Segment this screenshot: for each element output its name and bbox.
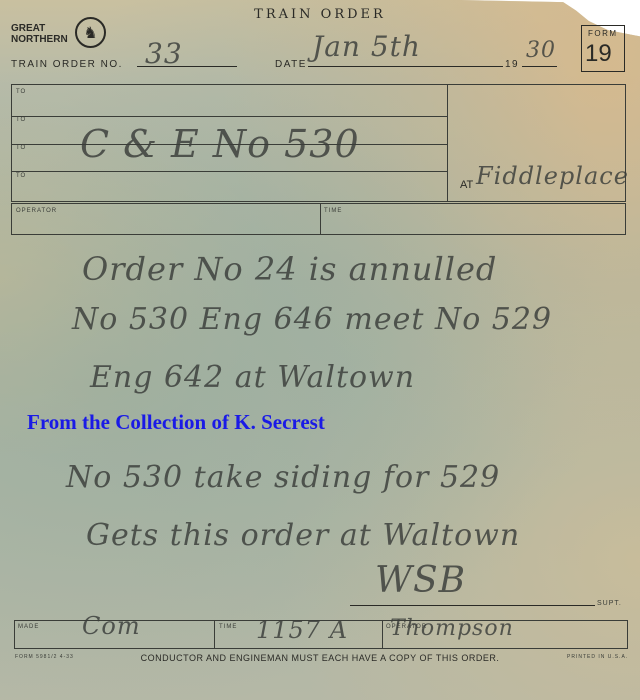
form-label: FORM bbox=[588, 29, 618, 38]
addressee-divider bbox=[447, 85, 448, 201]
time-label: TIME bbox=[324, 208, 342, 214]
at-label: AT bbox=[460, 179, 473, 191]
railroad-logo-text: GREAT NORTHERN bbox=[11, 23, 68, 45]
logo-line-2: NORTHERN bbox=[11, 34, 68, 45]
date-value: Jan 5th bbox=[312, 30, 421, 63]
supt-label: SUPT. bbox=[597, 600, 622, 607]
order-line-3: Eng 642 at Waltown bbox=[90, 360, 415, 395]
made-time-label: TIME bbox=[219, 624, 237, 630]
operator-label: OPERATOR bbox=[16, 208, 57, 214]
at-value: Fiddleplace bbox=[476, 162, 629, 190]
train-order-number: 33 bbox=[145, 37, 183, 70]
date-label: DATE bbox=[275, 59, 307, 70]
signature: WSB bbox=[375, 560, 466, 601]
printed-in: PRINTED IN U.S.A. bbox=[567, 654, 628, 660]
document-title: TRAIN ORDER bbox=[0, 7, 640, 22]
to-label-1: TO bbox=[16, 89, 26, 95]
operator-time-box bbox=[11, 203, 626, 235]
to-label-2: TO bbox=[16, 117, 26, 123]
operator-time-divider bbox=[320, 204, 321, 234]
made-time-value: 1157 A bbox=[256, 616, 348, 644]
form-number: 19 bbox=[585, 40, 612, 68]
order-line-4: No 530 take siding for 529 bbox=[66, 460, 500, 495]
order-line-5: Gets this order at Waltown bbox=[86, 518, 520, 553]
year-prefix: 19 bbox=[505, 59, 519, 70]
to-label-3: TO bbox=[16, 145, 26, 151]
order-line-2: No 530 Eng 646 meet No 529 bbox=[72, 302, 552, 337]
form-number-box: FORM 19 bbox=[581, 25, 625, 72]
train-order-label: TRAIN ORDER NO. bbox=[11, 59, 123, 70]
to-line-3 bbox=[12, 171, 447, 172]
logo-line-1: GREAT bbox=[11, 23, 68, 34]
collection-watermark: From the Collection of K. Secrest bbox=[27, 410, 325, 435]
supt-underline bbox=[350, 605, 595, 606]
to-line-1 bbox=[12, 116, 447, 117]
made-divider-2 bbox=[382, 621, 383, 648]
year-underline bbox=[522, 66, 557, 67]
year-value: 30 bbox=[526, 38, 556, 63]
made-divider-1 bbox=[214, 621, 215, 648]
footer-note: CONDUCTOR AND ENGINEMAN MUST EACH HAVE A… bbox=[0, 653, 640, 663]
date-underline bbox=[308, 66, 503, 67]
made-value: Com bbox=[82, 612, 141, 640]
to-label-4: TO bbox=[16, 173, 26, 179]
order-line-1: Order No 24 is annulled bbox=[82, 250, 497, 288]
made-operator-value: Thompson bbox=[390, 616, 514, 641]
to-value: C & E No 530 bbox=[80, 122, 360, 166]
made-label: MADE bbox=[18, 624, 39, 630]
